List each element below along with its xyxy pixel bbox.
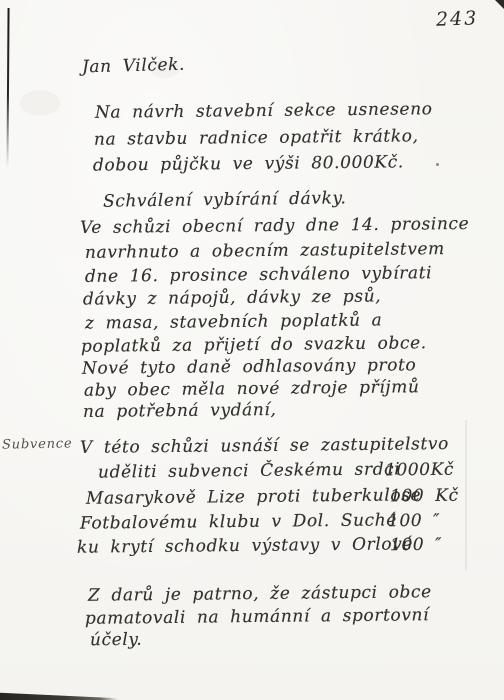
- subsidy-recipient: Masarykově Lize proti tuberkulose: [86, 485, 421, 509]
- handwritten-line: navrhnuto a obecním zastupitelstvem: [85, 239, 445, 263]
- scan-artifact-left-edge-line: [6, 8, 9, 168]
- paper-smudge: [20, 90, 60, 116]
- handwritten-line: Na návrh stavební sekce usneseno: [95, 99, 433, 123]
- handwritten-line: poplatků za přijetí do svazku obce.: [81, 333, 427, 357]
- handwritten-line: dobou půjčku ve výši 80.000Kč.: [93, 152, 404, 175]
- subsidy-recipient: Fotbalovému klubu v Dol. Suché: [80, 510, 397, 533]
- ink-speck: [436, 163, 439, 166]
- subsidy-amount: 1000Kč: [385, 460, 454, 481]
- section-heading: Schválení vybírání dávky.: [103, 188, 347, 211]
- handwritten-line: pamatovali na humánní a sportovní: [85, 605, 429, 629]
- subsidy-recipient: uděliti subvenci Českému srdci: [98, 459, 400, 482]
- handwritten-line: Z darů je patrno, že zástupci obce: [88, 582, 432, 606]
- margin-note-subvence: Subvence: [2, 436, 73, 452]
- handwritten-line: dávky z nápojů, dávky ze psů,: [83, 286, 381, 309]
- handwritten-line: aby obec měla nové zdroje příjmů: [84, 377, 420, 401]
- handwritten-line: Nové tyto daně odhlasovány proto: [82, 355, 417, 378]
- handwritten-line: Ve schůzi obecní rady dne 14. prosince: [80, 214, 469, 238]
- scan-artifact-bottom-corner-shadow: [0, 692, 118, 700]
- subsidy-amount: 100 ″: [390, 535, 442, 556]
- handwritten-line: dne 16. prosince schváleno vybírati: [85, 263, 432, 287]
- handwritten-line: z masa, stavebních poplatků a: [85, 310, 383, 333]
- handwritten-line: na potřebná vydání,: [83, 400, 277, 422]
- handwritten-line: na stavbu radnice opatřit krátko,: [94, 126, 419, 149]
- scan-artifact-right-edge-shadow: [465, 420, 467, 570]
- handwritten-line: účely.: [90, 630, 143, 651]
- scanned-letter-page: 243 Jan Vilček. Na návrh stavební sekce …: [0, 0, 504, 700]
- subsidy-amount: 100 Kč: [390, 486, 459, 507]
- subsidy-recipient: ku krytí schodku výstavy v Orlové: [77, 534, 413, 558]
- page-number: 243: [436, 7, 479, 30]
- subsidies-intro-line: V této schůzi usnáší se zastupitelstvo: [80, 434, 449, 458]
- addressee-line: Jan Vilček.: [82, 55, 186, 78]
- subsidy-amount: 100 ″: [388, 511, 440, 532]
- scan-artifact-top-right-corner: [495, 0, 504, 9]
